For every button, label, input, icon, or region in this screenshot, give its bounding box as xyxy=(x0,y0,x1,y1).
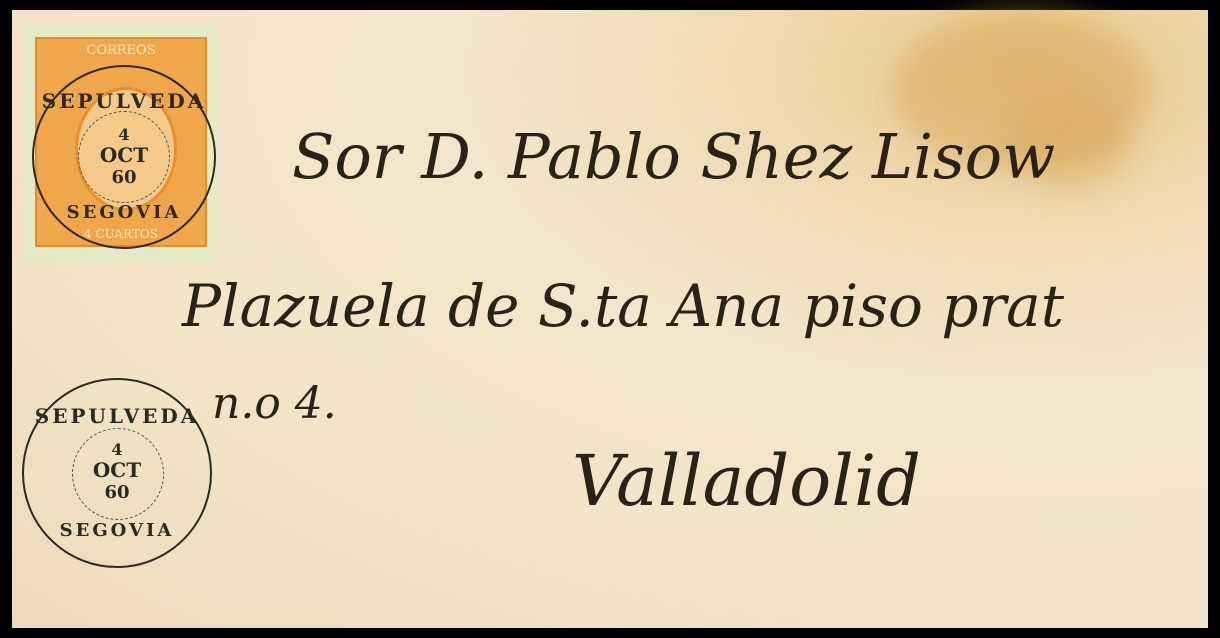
postmark-month: OCT xyxy=(24,458,210,482)
address-line-4: Valladolid xyxy=(572,440,921,522)
postmark-town: SEPULVEDA xyxy=(24,404,210,428)
postmark-day: 4 xyxy=(34,125,214,144)
postmark-year: 60 xyxy=(24,482,210,503)
postmark-on-stamp: SEPULVEDA 4 OCT 60 SEGOVIA xyxy=(32,65,216,249)
envelope: CORREOS 4 CUARTOS SEPULVEDA 4 OCT 60 SEG… xyxy=(12,10,1208,628)
address-line-2: Plazuela de S.ta Ana piso prat xyxy=(182,272,1064,340)
address-line-3: n.o 4. xyxy=(212,378,337,429)
postmark-province: SEGOVIA xyxy=(34,202,214,223)
postmark-year: 60 xyxy=(34,167,214,188)
postmark-month: OCT xyxy=(34,143,214,167)
address-line-1: Sor D. Pablo Shez Lisow xyxy=(292,120,1055,193)
postmark-province: SEGOVIA xyxy=(24,520,210,541)
postmark-town: SEPULVEDA xyxy=(34,89,214,113)
postmark-day: 4 xyxy=(24,440,210,459)
stamp-top-text: CORREOS xyxy=(37,43,205,58)
postmark: SEPULVEDA 4 OCT 60 SEGOVIA xyxy=(22,378,212,568)
